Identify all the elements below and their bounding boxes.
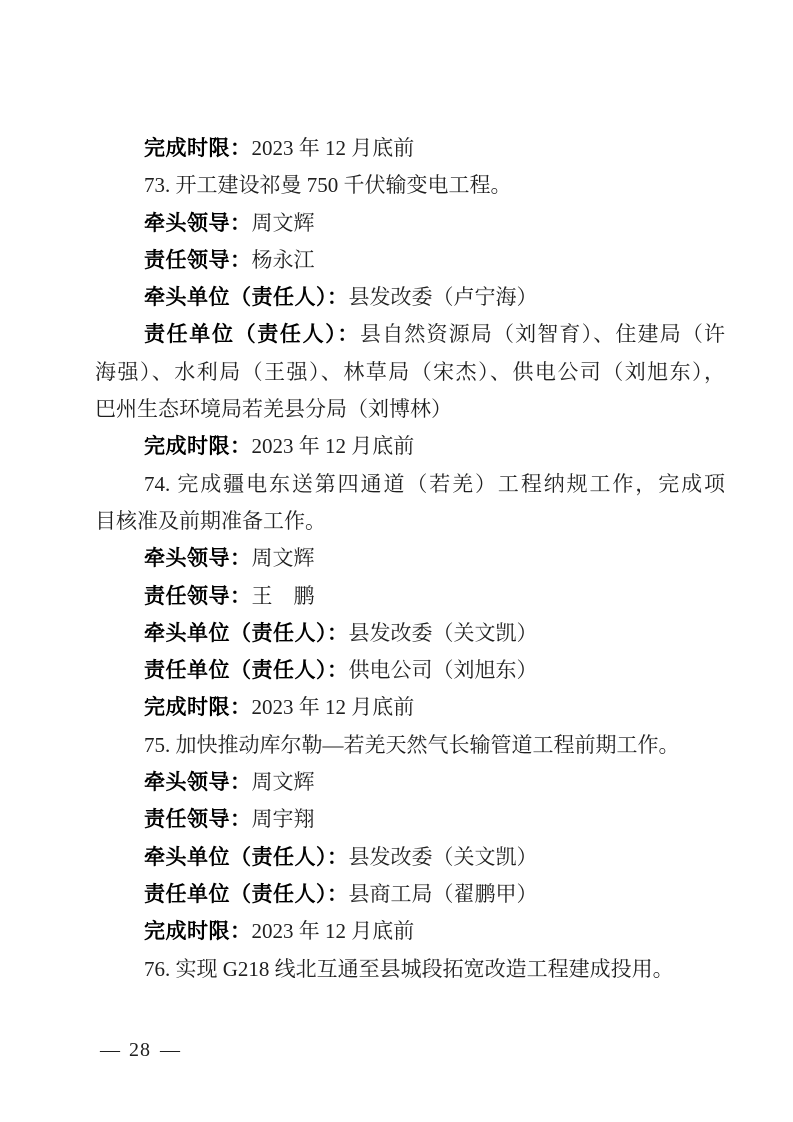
field-value: 周文辉 <box>252 211 315 235</box>
doc-line: 牵头单位（责任人）：县发改委（关文凯） <box>95 615 725 652</box>
field-label: 完成时限： <box>144 435 252 458</box>
doc-line: 76. 实现 G218 线北互通至县城段拓宽改造工程建成投用。 <box>95 951 725 988</box>
doc-line: 牵头领导：周文辉 <box>95 764 725 801</box>
doc-line: 完成时限：2023 年 12 月底前 <box>95 689 725 726</box>
doc-line: 牵头单位（责任人）：县发改委（卢宁海） <box>95 279 725 316</box>
field-value: 供电公司（刘旭东） <box>349 658 538 682</box>
doc-line: 75. 加快推动库尔勒—若羌天然气长输管道工程前期工作。 <box>95 727 725 764</box>
field-value: 杨永江 <box>252 248 315 272</box>
doc-line: 责任单位（责任人）：供电公司（刘旭东） <box>95 652 725 689</box>
field-label: 牵头单位（责任人）： <box>144 286 349 309</box>
doc-line: 完成时限：2023 年 12 月底前 <box>95 428 725 465</box>
field-label: 牵头领导： <box>144 212 252 235</box>
field-label: 完成时限： <box>144 920 252 943</box>
field-value: 2023 年 12 月底前 <box>252 136 415 160</box>
field-value: 县发改委（卢宁海） <box>349 285 538 309</box>
field-value: 县发改委（关文凯） <box>349 621 538 645</box>
field-value: 75. 加快推动库尔勒—若羌天然气长输管道工程前期工作。 <box>144 733 680 757</box>
doc-line: 海强）、水利局（王强）、林草局（宋杰）、供电公司（刘旭东）， <box>95 354 725 391</box>
field-value: 2023 年 12 月底前 <box>252 695 415 719</box>
field-label: 完成时限： <box>144 137 252 160</box>
field-value: 王 鹏 <box>252 584 315 608</box>
doc-line: 巴州生态环境局若羌县分局（刘博林） <box>95 391 725 428</box>
field-label: 责任领导： <box>144 249 252 272</box>
doc-line: 责任领导：周宇翔 <box>95 801 725 838</box>
field-value: 2023 年 12 月底前 <box>252 434 415 458</box>
footer-right-dash: — <box>160 1038 180 1062</box>
field-label: 牵头领导： <box>144 771 252 794</box>
field-label: 完成时限： <box>144 696 252 719</box>
doc-line: 牵头领导：周文辉 <box>95 205 725 242</box>
footer-left-dash: — <box>100 1038 120 1062</box>
page-number: 28 <box>129 1038 151 1062</box>
doc-line: 责任领导：王 鹏 <box>95 578 725 615</box>
field-value: 周文辉 <box>252 770 315 794</box>
document-body: 完成时限：2023 年 12 月底前73. 开工建设祁曼 750 千伏输变电工程… <box>95 130 725 988</box>
doc-line: 牵头领导：周文辉 <box>95 540 725 577</box>
doc-line: 73. 开工建设祁曼 750 千伏输变电工程。 <box>95 167 725 204</box>
field-value: 海强）、水利局（王强）、林草局（宋杰）、供电公司（刘旭东）， <box>95 360 725 384</box>
doc-line: 牵头单位（责任人）：县发改委（关文凯） <box>95 839 725 876</box>
field-value: 县商工局（翟鹏甲） <box>349 882 538 906</box>
doc-line: 完成时限：2023 年 12 月底前 <box>95 130 725 167</box>
field-label: 责任单位（责任人）： <box>144 659 349 682</box>
doc-line: 完成时限：2023 年 12 月底前 <box>95 913 725 950</box>
field-label: 责任单位（责任人）： <box>144 323 360 346</box>
doc-line: 责任单位（责任人）：县自然资源局（刘智育）、住建局（许 <box>95 316 725 353</box>
field-value: 2023 年 12 月底前 <box>252 919 415 943</box>
field-label: 牵头单位（责任人）： <box>144 622 349 645</box>
doc-line: 目核准及前期准备工作。 <box>95 503 725 540</box>
field-value: 73. 开工建设祁曼 750 千伏输变电工程。 <box>144 173 512 197</box>
field-value: 周宇翔 <box>252 807 315 831</box>
field-label: 牵头单位（责任人）： <box>144 846 349 869</box>
field-value: 巴州生态环境局若羌县分局（刘博林） <box>95 397 452 421</box>
document-page: 完成时限：2023 年 12 月底前73. 开工建设祁曼 750 千伏输变电工程… <box>0 0 793 1122</box>
field-value: 周文辉 <box>252 546 315 570</box>
field-value: 县自然资源局（刘智育）、住建局（许 <box>360 322 725 346</box>
field-value: 县发改委（关文凯） <box>349 845 538 869</box>
doc-line: 74. 完成疆电东送第四通道（若羌）工程纳规工作，完成项 <box>95 466 725 503</box>
field-label: 责任领导： <box>144 585 252 608</box>
field-value: 74. 完成疆电东送第四通道（若羌）工程纳规工作，完成项 <box>144 472 725 496</box>
field-value: 目核准及前期准备工作。 <box>95 509 326 533</box>
field-label: 责任单位（责任人）： <box>144 883 349 906</box>
field-label: 责任领导： <box>144 808 252 831</box>
page-footer: —28— <box>100 1038 180 1062</box>
field-label: 牵头领导： <box>144 547 252 570</box>
field-value: 76. 实现 G218 线北互通至县城段拓宽改造工程建成投用。 <box>144 957 674 981</box>
doc-line: 责任领导：杨永江 <box>95 242 725 279</box>
doc-line: 责任单位（责任人）：县商工局（翟鹏甲） <box>95 876 725 913</box>
